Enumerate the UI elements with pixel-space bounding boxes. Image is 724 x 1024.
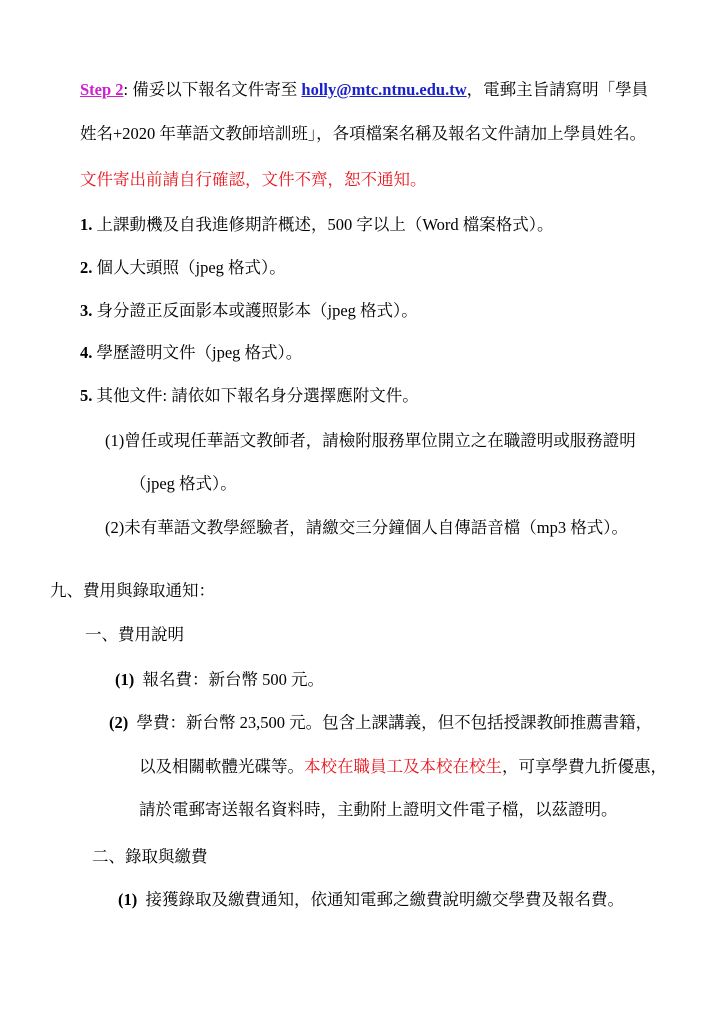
section-9-title: 九、費用與錄取通知： [50,581,215,601]
fee-item-text-pre: 以及相關軟體光碟等。 [139,757,304,776]
warning-text: 文件寄出前請自行確認，文件不齊，恕不通知。 [80,170,427,190]
admission-item-1: (1) 接獲錄取及繳費通知，依通知電郵之繳費說明繳交學費及報名費。 [118,890,624,910]
fees-title: 一、費用說明 [85,625,184,645]
doc-item-num: 2. [80,258,92,277]
other-doc-item-1-line2: （jpeg 格式）。 [130,474,237,494]
doc-item-5: 5. 其他文件: 請依如下報名身分選擇應附文件。 [80,386,419,406]
admission-title: 二、錄取與繳費 [92,847,208,867]
fee-item-text-post: ，可享學費九折優惠， [502,757,667,776]
doc-item-4: 4. 學歷證明文件（jpeg 格式）。 [80,343,302,363]
other-doc-item-1-line1: (1)曾任或現任華語文教師者，請檢附服務單位開立之在職證明或服務證明 [105,431,636,451]
email-link[interactable]: holly@mtc.ntnu.edu.tw [301,80,466,99]
fee-item-num: (1) [115,670,134,689]
doc-item-3: 3. 身分證正反面影本或護照影本（jpeg 格式）。 [80,301,418,321]
doc-item-num: 3. [80,301,92,320]
doc-item-num: 5. [80,386,92,405]
fee-item-1: (1) 報名費：新台幣 500 元。 [115,670,324,690]
step2-colon: : [124,80,133,99]
doc-item-text: 個人大頭照（jpeg 格式）。 [92,258,285,277]
step2-line2: 姓名+2020 年華語文教師培訓班」，各項檔案名稱及報名文件請加上學員姓名。 [80,124,646,144]
admission-item-text: 接獲錄取及繳費通知，依通知電郵之繳費說明繳交學費及報名費。 [146,890,625,909]
discount-eligibility-text: 本校在職員工及本校在校生 [304,757,502,776]
doc-item-text: 其他文件: 請依如下報名身分選擇應附文件。 [92,386,418,405]
doc-item-2: 2. 個人大頭照（jpeg 格式）。 [80,258,286,278]
step2-line1: Step 2: 備妥以下報名文件寄至 holly@mtc.ntnu.edu.tw… [80,80,648,100]
doc-item-text: 上課動機及自我進修期許概述，500 字以上（Word 檔案格式）。 [92,215,553,234]
fee-item-2-line3: 請於電郵寄送報名資料時，主動附上證明文件電子檔，以茲證明。 [139,800,618,820]
step2-intro: 備妥以下報名文件寄至 [132,80,301,99]
doc-item-num: 1. [80,215,92,234]
doc-item-text: 身分證正反面影本或護照影本（jpeg 格式）。 [92,301,417,320]
fee-item-num: (2) [109,713,128,732]
doc-item-text: 學歷證明文件（jpeg 格式）。 [92,343,302,362]
doc-item-num: 4. [80,343,92,362]
fee-item-text: 報名費：新台幣 500 元。 [143,670,325,689]
doc-item-1: 1. 上課動機及自我進修期許概述，500 字以上（Word 檔案格式）。 [80,215,554,235]
other-doc-item-2: (2)未有華語文教學經驗者，請繳交三分鐘個人自傳語音檔（mp3 格式）。 [105,518,628,538]
admission-item-num: (1) [118,890,137,909]
step2-after-email: ，電郵主旨請寫明「學員 [467,80,649,99]
fee-item-text: 學費：新台幣 23,500 元。包含上課講義，但不包括授課教師推薦書籍， [137,713,653,732]
fee-item-2-line2: 以及相關軟體光碟等。本校在職員工及本校在校生，可享學費九折優惠， [139,757,667,777]
step2-link[interactable]: Step 2 [80,80,124,99]
fee-item-2-line1: (2) 學費：新台幣 23,500 元。包含上課講義，但不包括授課教師推薦書籍， [109,713,652,733]
